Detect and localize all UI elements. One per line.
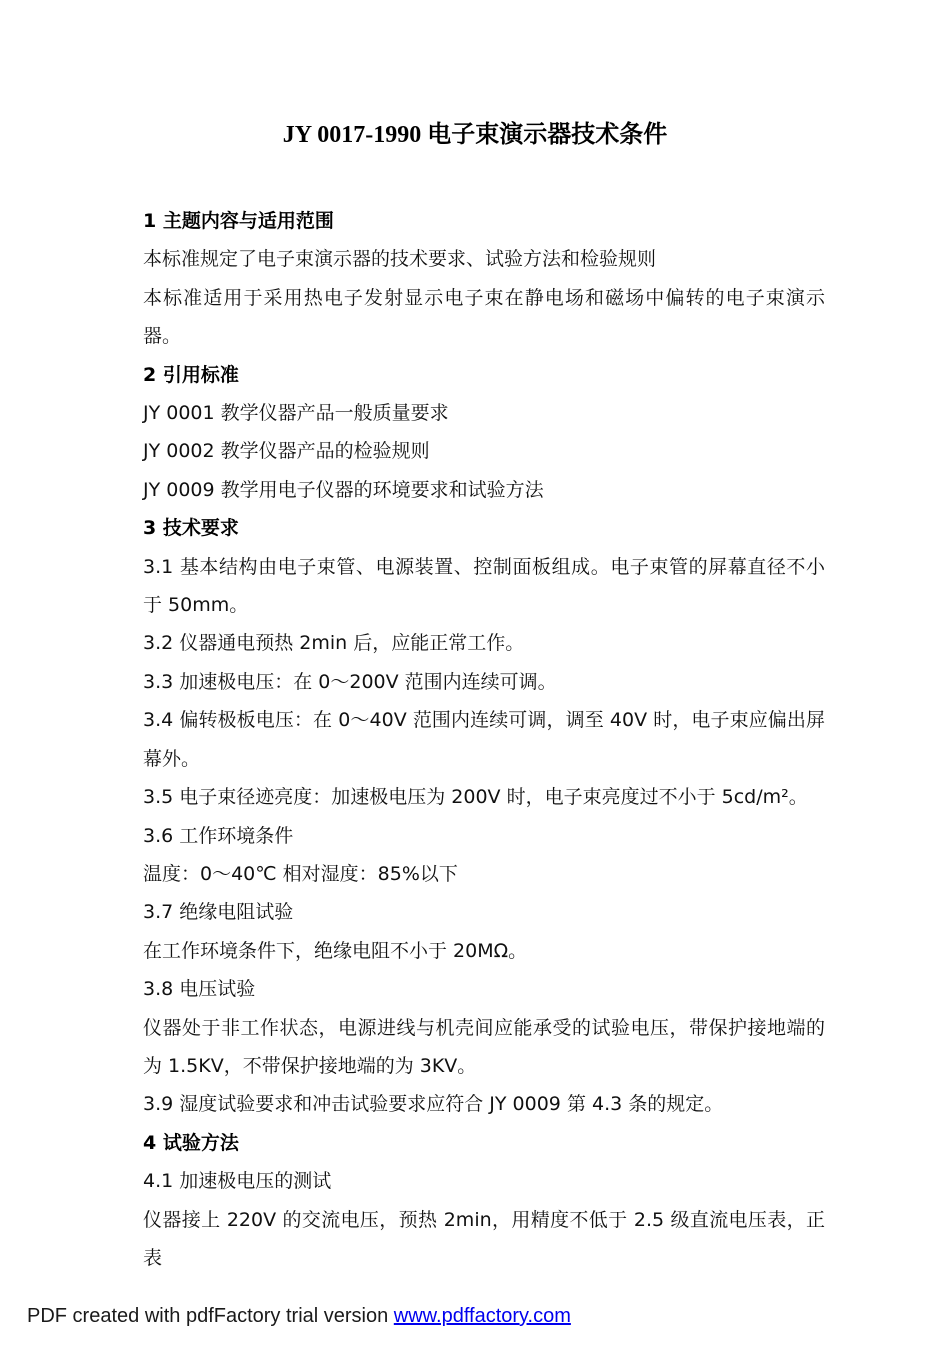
paragraph: 3.3 加速极电压：在 0～200V 范围内连续可调。 bbox=[143, 663, 825, 701]
paragraph: 温度：0～40℃ 相对湿度：85%以下 bbox=[143, 855, 825, 893]
document-title: JY 0017-1990 电子束演示器技术条件 bbox=[0, 120, 950, 150]
document-body: 1 主题内容与适用范围本标准规定了电子束演示器的技术要求、试验方法和检验规则本标… bbox=[143, 202, 825, 1277]
paragraph: 3.6 工作环境条件 bbox=[143, 817, 825, 855]
watermark-text: PDF created with pdfFactory trial versio… bbox=[27, 1305, 394, 1327]
paragraph: 4.1 加速极电压的测试 bbox=[143, 1162, 825, 1200]
section-heading: 1 主题内容与适用范围 bbox=[143, 202, 825, 240]
paragraph: 3.7 绝缘电阻试验 bbox=[143, 893, 825, 931]
paragraph: 3.2 仪器通电预热 2min 后，应能正常工作。 bbox=[143, 624, 825, 662]
pdffactory-link[interactable]: www.pdffactory.com bbox=[394, 1305, 571, 1327]
paragraph: 本标准规定了电子束演示器的技术要求、试验方法和检验规则 bbox=[143, 240, 825, 278]
section-heading: 4 试验方法 bbox=[143, 1124, 825, 1162]
paragraph: 仪器处于非工作状态，电源进线与机壳间应能承受的试验电压，带保护接地端的为 1.5… bbox=[143, 1009, 825, 1086]
paragraph: JY 0001 教学仪器产品一般质量要求 bbox=[143, 394, 825, 432]
paragraph: 3.9 湿度试验要求和冲击试验要求应符合 JY 0009 第 4.3 条的规定。 bbox=[143, 1085, 825, 1123]
paragraph: JY 0009 教学用电子仪器的环境要求和试验方法 bbox=[143, 471, 825, 509]
section-heading: 2 引用标准 bbox=[143, 356, 825, 394]
section-heading: 3 技术要求 bbox=[143, 509, 825, 547]
paragraph: 3.8 电压试验 bbox=[143, 970, 825, 1008]
paragraph: 本标准适用于采用热电子发射显示电子束在静电场和磁场中偏转的电子束演示器。 bbox=[143, 279, 825, 356]
paragraph: 3.1 基本结构由电子束管、电源装置、控制面板组成。电子束管的屏幕直径不小于 5… bbox=[143, 548, 825, 625]
paragraph: JY 0002 教学仪器产品的检验规则 bbox=[143, 432, 825, 470]
pdf-watermark: PDF created with pdfFactory trial versio… bbox=[27, 1305, 571, 1328]
paragraph: 3.5 电子束径迹亮度：加速极电压为 200V 时，电子束亮度过不小于 5cd/… bbox=[143, 778, 825, 816]
document-page: JY 0017-1990 电子束演示器技术条件 1 主题内容与适用范围本标准规定… bbox=[0, 0, 950, 1345]
paragraph: 3.4 偏转极板电压：在 0～40V 范围内连续可调，调至 40V 时，电子束应… bbox=[143, 701, 825, 778]
paragraph: 仪器接上 220V 的交流电压，预热 2min，用精度不低于 2.5 级直流电压… bbox=[143, 1201, 825, 1278]
paragraph: 在工作环境条件下，绝缘电阻不小于 20MΩ。 bbox=[143, 932, 825, 970]
